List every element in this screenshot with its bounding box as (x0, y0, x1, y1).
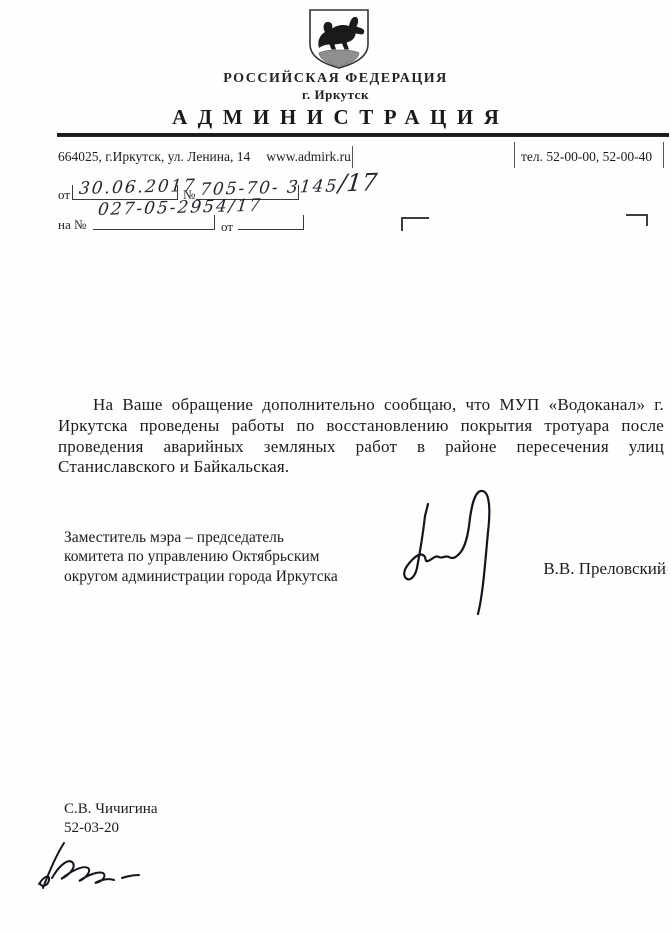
date-label: от (58, 187, 70, 203)
letter-body-paragraph: На Ваше обращение дополнительно сообщаю,… (58, 395, 664, 478)
executor-block: С.В. Чичигина 52-03-20 (64, 800, 157, 837)
signatory-name: В.В. Преловский (500, 559, 666, 579)
scanned-letter-page: РОССИЙСКАЯ ФЕДЕРАЦИЯ г. Иркутск АДМИНИСТ… (0, 0, 671, 934)
executor-signature-icon (36, 838, 146, 893)
phone-box-right-line (663, 142, 664, 168)
recipient-corner-mark-right (626, 214, 648, 226)
handwritten-number-suffix: /17 (337, 168, 378, 197)
irkutsk-coat-of-arms-icon (306, 8, 372, 70)
city-name: г. Иркутск (0, 87, 671, 103)
letterhead-address: 664025, г.Иркутск, ул. Ленина, 14www.adm… (58, 149, 351, 165)
reply-date-label: от (221, 219, 233, 235)
reply-number-label: на № (58, 217, 86, 233)
reply-date-line (238, 215, 304, 230)
country-name: РОССИЙСКАЯ ФЕДЕРАЦИЯ (0, 71, 671, 87)
position-line-3: округом администрации города Иркутска (64, 567, 338, 586)
executor-name: С.В. Чичигина (64, 800, 157, 819)
signatory-position: Заместитель мэра – председатель комитета… (64, 528, 338, 586)
postal-address: 664025, г.Иркутск, ул. Ленина, 14 (58, 149, 250, 164)
executor-phone: 52-03-20 (64, 819, 157, 838)
letterhead-phones: тел. 52-00-00, 52-00-40 (521, 149, 652, 165)
main-signature-icon (392, 482, 512, 622)
header-separator-line (352, 146, 353, 168)
position-line-1: Заместитель мэра – председатель (64, 528, 338, 547)
phone-box-left-line (514, 142, 515, 168)
position-line-2: комитета по управлению Октябрьским (64, 547, 338, 566)
handwritten-date: 30.06.2017 (78, 176, 197, 199)
website-url: www.admirk.ru (266, 149, 351, 164)
header-divider (57, 133, 669, 137)
organization-title: АДМИНИСТРАЦИЯ (0, 105, 671, 130)
recipient-corner-mark-left (401, 217, 429, 231)
